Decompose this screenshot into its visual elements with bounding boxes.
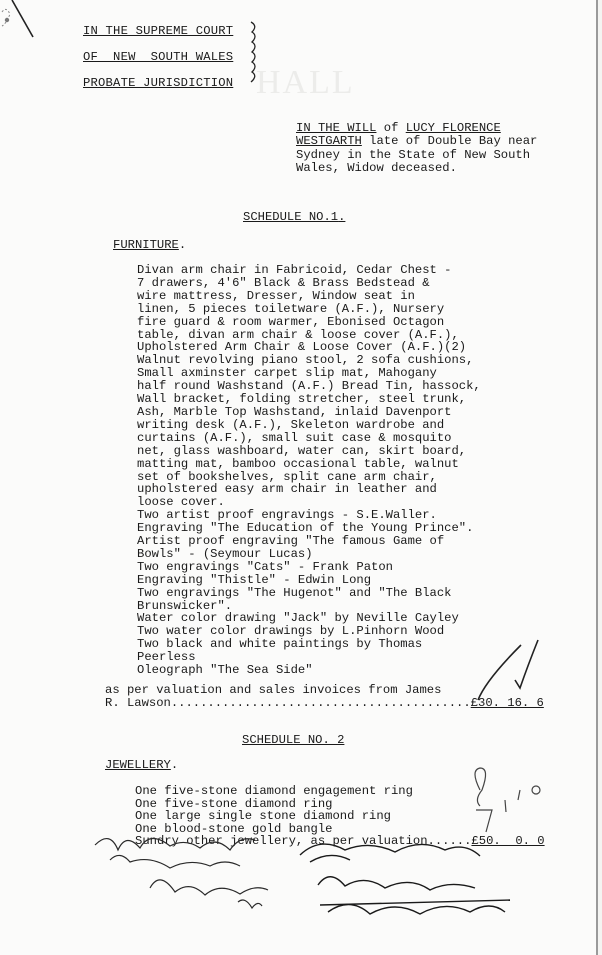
court-line: IN THE SUPREME COURT — [83, 18, 233, 44]
jewellery-label: JEWELLERY — [105, 758, 171, 772]
will-line-3: Sydney in the State of New South — [296, 148, 530, 162]
schedule-1-title: SCHEDULE NO.1. — [243, 210, 345, 224]
will-line-2: late of Double Bay near — [362, 134, 538, 148]
furniture-amount: £30. 16. 6 — [471, 696, 544, 710]
furniture-item-list: Divan arm chair in Fabricoid, Cedar Ches… — [137, 264, 481, 677]
deceased-surname: WESTGARTH — [296, 134, 362, 148]
schedule-2-title: SCHEDULE NO. 2 — [242, 733, 344, 747]
jewellery-item: One large single stone diamond ring — [135, 810, 545, 823]
jewellery-heading: JEWELLERY. — [105, 758, 178, 772]
valuation-line: as per valuation and sales invoices from… — [105, 683, 441, 697]
document-page: HALL IN THE SUPREME COURT OF NEW SOUTH W… — [0, 0, 598, 955]
court-line: PROBATE JURISDICTION — [83, 70, 233, 96]
jewellery-item: One five-stone diamond engagement ring — [135, 785, 545, 798]
furniture-item: Engraving "Thistle" - Edwin Long — [137, 574, 481, 587]
court-heading: IN THE SUPREME COURT OF NEW SOUTH WALES … — [83, 18, 233, 96]
furniture-item: Artist proof engraving "The famous Game … — [137, 535, 481, 548]
signature-left-icon — [95, 838, 268, 908]
title-period: . — [338, 210, 345, 224]
deceased-name: LUCY FLORENCE — [406, 121, 501, 135]
jewellery-amount: £50. 0. 0 — [471, 834, 544, 848]
furniture-valuation: as per valuation and sales invoices from… — [105, 684, 544, 711]
furniture-item: linen, 5 pieces toiletware (A.F.), Nurse… — [137, 303, 481, 316]
furniture-item: fire guard & room warmer, Ebonised Octag… — [137, 316, 481, 329]
heading-period: . — [171, 758, 178, 772]
furniture-item: Two engravings "Cats" - Frank Paton — [137, 561, 481, 574]
furniture-item: wire mattress, Dresser, Window seat in — [137, 290, 481, 303]
signature-right-icon — [300, 844, 510, 914]
valuation-leader: R. Lawson...............................… — [105, 696, 471, 710]
furniture-label: FURNITURE — [113, 238, 179, 252]
heading-period: . — [179, 238, 186, 252]
furniture-item: Two engravings "The Hugenot" and "The Bl… — [137, 587, 481, 600]
furniture-item: Bowls" - (Seymour Lucas) — [137, 548, 481, 561]
jewellery-last-item: Sundry other jewellery, as per valuation… — [135, 835, 545, 848]
schedule-1-title-text: SCHEDULE NO.1 — [243, 210, 338, 224]
will-line-4: Wales, Widow deceased. — [296, 161, 457, 175]
in-the-will-label: IN THE WILL — [296, 121, 376, 135]
will-heading: IN THE WILL of LUCY FLORENCE WESTGARTH l… — [296, 122, 537, 176]
furniture-item: Divan arm chair in Fabricoid, Cedar Ches… — [137, 264, 481, 277]
furniture-item: Ash, Marble Top Washstand, inlaid Davenp… — [137, 406, 481, 419]
watermark-text: HALL — [256, 64, 355, 102]
of-text: of — [376, 121, 405, 135]
furniture-item: 7 drawers, 4'6" Black & Brass Bedstead & — [137, 277, 481, 290]
brace-icon — [248, 20, 262, 84]
court-line: OF NEW SOUTH WALES — [83, 44, 233, 70]
jewellery-item: Sundry other jewellery, as per valuation… — [135, 834, 471, 848]
corner-mark-icon — [0, 0, 40, 40]
furniture-item: Oleograph "The Sea Side" — [137, 664, 481, 677]
furniture-heading: FURNITURE. — [113, 238, 186, 252]
jewellery-item-list: One five-stone diamond engagement ringOn… — [135, 785, 545, 848]
furniture-item: curtains (A.F.), small suit case & mosqu… — [137, 432, 481, 445]
furniture-item: writing desk (A.F.), Skeleton wardrobe a… — [137, 419, 481, 432]
furniture-item: net, glass washboard, water can, skirt b… — [137, 445, 481, 458]
furniture-item: matting mat, bamboo occasional table, wa… — [137, 458, 481, 471]
